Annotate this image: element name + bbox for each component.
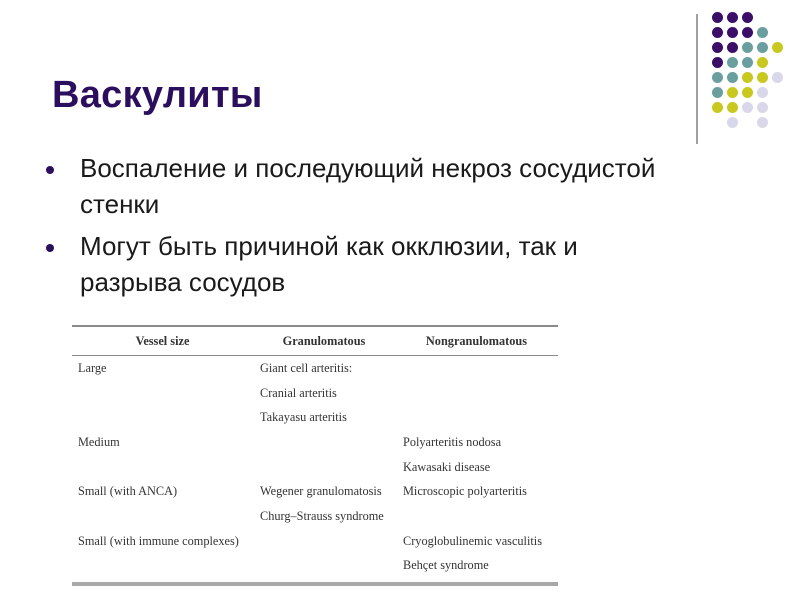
cell-granulomatous: Cranial arteritis (253, 386, 395, 401)
decor-dot-icon (727, 42, 738, 53)
decor-dot-icon (712, 42, 723, 53)
table-row: MediumPolyarteritis nodosa (72, 430, 558, 455)
decor-dot-icon (757, 117, 768, 128)
decor-dot-icon (727, 72, 738, 83)
decor-dot-icon (727, 57, 738, 68)
cell-nongranulomatous: Behçet syndrome (395, 558, 558, 573)
bullet-item: Могут быть причиной как окклюзии, так и … (44, 228, 684, 300)
decor-dot-icon (712, 12, 723, 23)
table-row: Churg–Strauss syndrome (72, 504, 558, 529)
cell-vessel-size: Medium (72, 435, 253, 450)
decor-dot-icon (727, 102, 738, 113)
slide-title: Васкулиты (52, 74, 263, 117)
decor-dot-icon (772, 42, 783, 53)
table-row: Takayasu arteritis (72, 405, 558, 430)
decor-dot-icon (712, 102, 723, 113)
table-row: Kawasaki disease (72, 455, 558, 480)
decor-dot-icon (712, 57, 723, 68)
header-nongranulomatous: Nongranulomatous (395, 334, 558, 349)
decor-dot-icon (742, 42, 753, 53)
table-body: LargeGiant cell arteritis:Cranial arteri… (72, 356, 558, 578)
header-vessel-size: Vessel size (72, 334, 253, 349)
decor-dot-icon (757, 72, 768, 83)
decor-dot-icon (742, 12, 753, 23)
table-row: Small (with immune complexes)Cryoglobuli… (72, 529, 558, 554)
decor-dot-icon (727, 87, 738, 98)
cell-nongranulomatous: Cryoglobulinemic vasculitis (395, 534, 558, 549)
decor-dot-icon (757, 27, 768, 38)
decor-dot-icon (757, 87, 768, 98)
table-bottom-rule (72, 582, 558, 586)
bullet-text: Могут быть причиной как окклюзии, так и … (80, 231, 578, 297)
table-header: Vessel size Granulomatous Nongranulomato… (72, 327, 558, 356)
bullet-list: Воспаление и последующий некроз сосудист… (44, 150, 684, 306)
cell-nongranulomatous: Microscopic polyarteritis (395, 484, 558, 499)
decor-dot-icon (712, 87, 723, 98)
cell-granulomatous: Churg–Strauss syndrome (253, 509, 395, 524)
decor-dot-icon (757, 102, 768, 113)
bullet-text: Воспаление и последующий некроз сосудист… (80, 153, 655, 219)
cell-nongranulomatous: Polyarteritis nodosa (395, 435, 558, 450)
bullet-dot-icon (46, 166, 54, 174)
decor-dot-icon (727, 27, 738, 38)
decor-dot-icon (742, 27, 753, 38)
decor-dot-icon (712, 27, 723, 38)
decor-dot-icon (742, 57, 753, 68)
cell-vessel-size: Small (with ANCA) (72, 484, 253, 499)
cell-granulomatous: Takayasu arteritis (253, 410, 395, 425)
table-row: Behçet syndrome (72, 554, 558, 579)
cell-granulomatous: Giant cell arteritis: (253, 361, 395, 376)
decor-dot-icon (757, 42, 768, 53)
decor-dot-icon (772, 72, 783, 83)
decor-dot-icon (742, 102, 753, 113)
header-granulomatous: Granulomatous (253, 334, 395, 349)
table-row: Cranial arteritis (72, 381, 558, 406)
decor-dot-icon (727, 12, 738, 23)
decor-vertical-line (696, 14, 698, 144)
cell-vessel-size: Large (72, 361, 253, 376)
vasculitis-table: Vessel size Granulomatous Nongranulomato… (72, 325, 558, 586)
cell-nongranulomatous: Kawasaki disease (395, 460, 558, 475)
bullet-dot-icon (46, 244, 54, 252)
cell-vessel-size: Small (with immune complexes) (72, 534, 253, 549)
decor-dot-icon (742, 87, 753, 98)
decor-dot-icon (727, 117, 738, 128)
decor-dot-icon (757, 57, 768, 68)
cell-granulomatous: Wegener granulomatosis (253, 484, 395, 499)
table-row: Small (with ANCA)Wegener granulomatosisM… (72, 479, 558, 504)
decor-dot-icon (712, 72, 723, 83)
decor-dot-icon (742, 72, 753, 83)
table-row: LargeGiant cell arteritis: (72, 356, 558, 381)
bullet-item: Воспаление и последующий некроз сосудист… (44, 150, 684, 222)
